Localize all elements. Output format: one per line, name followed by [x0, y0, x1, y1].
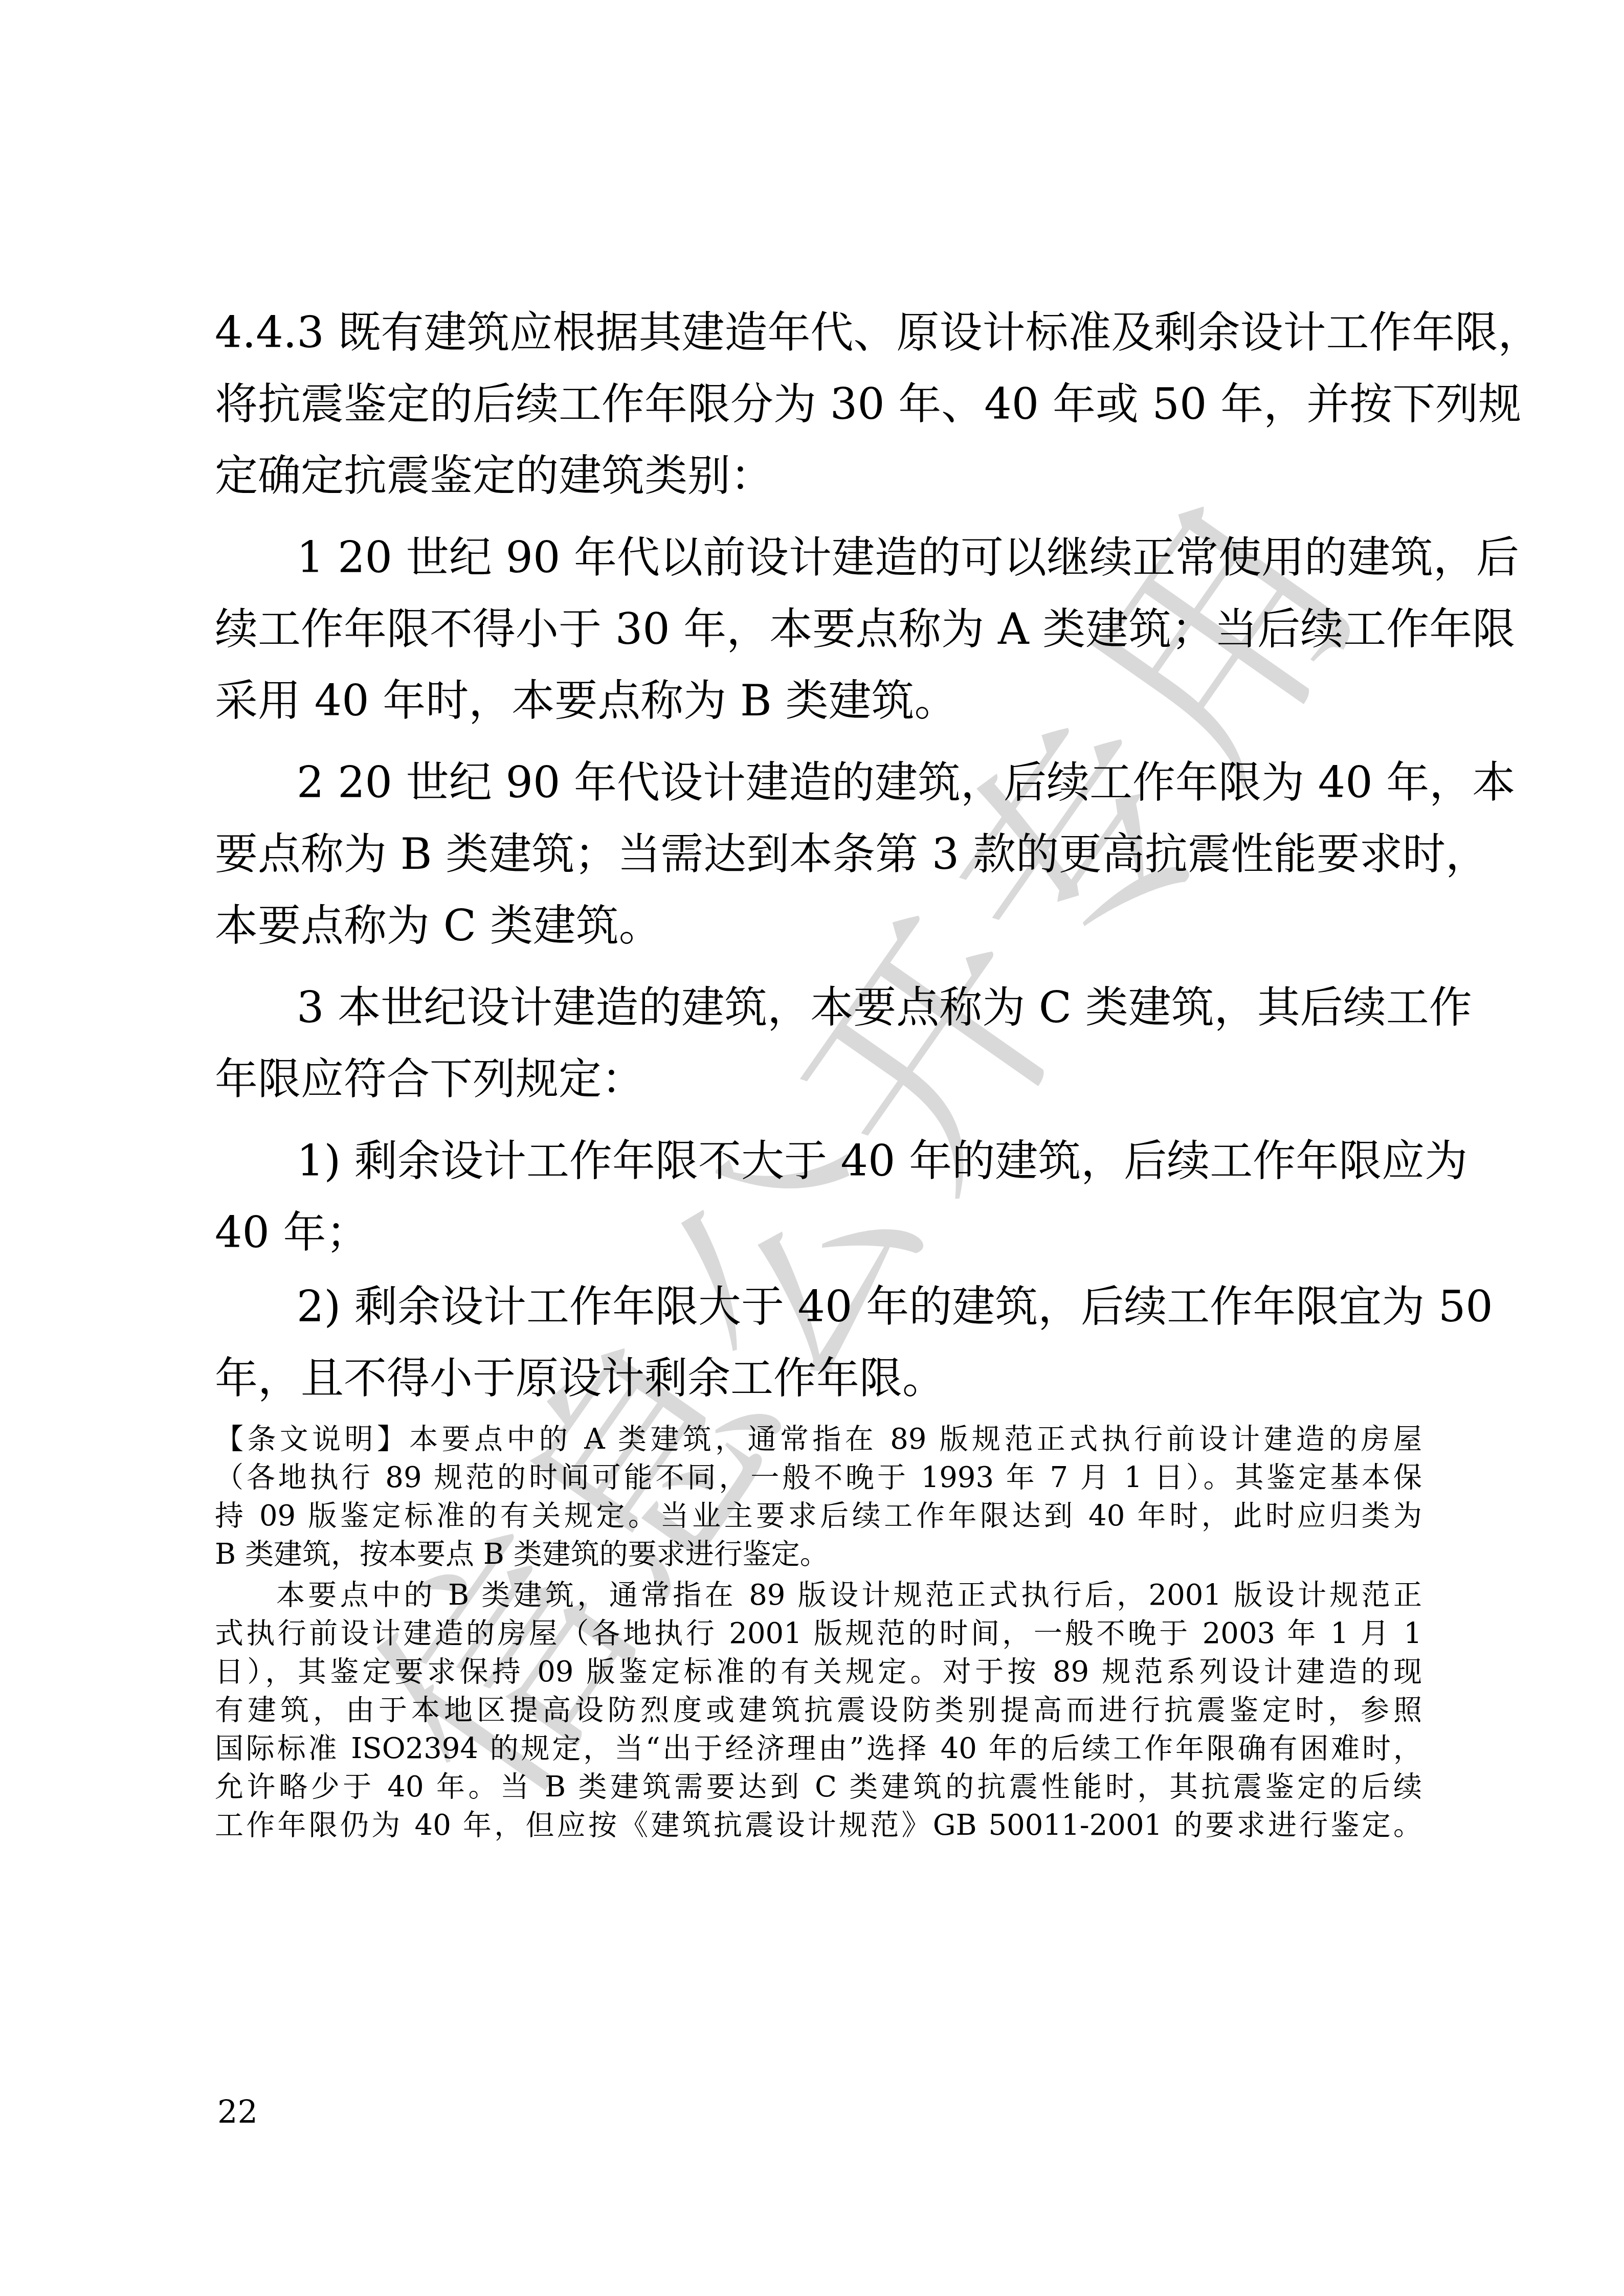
- item-line: 1 20 世纪 90 年代以前设计建造的可以继续正常使用的建筑，后: [215, 529, 1422, 586]
- item-line: 本要点称为 C 类建筑。: [215, 897, 1422, 954]
- explanation-line: 国际标准 ISO2394 的规定，当“出于经济理由”选择 40 年的后续工作年限…: [215, 1728, 1422, 1769]
- explanation-line: （各地执行 89 规范的时间可能不同，一般不晚于 1993 年 7 月 1 日）…: [215, 1457, 1422, 1498]
- clause-line: 定确定抗震鉴定的建筑类别：: [215, 447, 1422, 504]
- explanation-line: 本要点中的 B 类建筑，通常指在 89 版设计规范正式执行后，2001 版设计规…: [215, 1575, 1422, 1616]
- item-line: 续工作年限不得小于 30 年，本要点称为 A 类建筑；当后续工作年限: [215, 601, 1422, 657]
- item-line: 要点称为 B 类建筑；当需达到本条第 3 款的更高抗震性能要求时，: [215, 826, 1422, 882]
- subitem-line: 2) 剩余设计工作年限大于 40 年的建筑，后续工作年限宜为 50: [215, 1278, 1422, 1335]
- item-line: 2 20 世纪 90 年代设计建造的建筑，后续工作年限为 40 年，本: [215, 754, 1422, 811]
- subitem-line: 年，且不得小于原设计剩余工作年限。: [215, 1350, 1422, 1406]
- page-number: 22: [217, 2091, 258, 2132]
- clause-line: 4.4.3 既有建筑应根据其建造年代、原设计标准及剩余设计工作年限，: [215, 304, 1422, 361]
- explanation-line: 【条文说明】本要点中的 A 类建筑，通常指在 89 版规范正式执行前设计建造的房…: [215, 1419, 1422, 1460]
- explanation-line: 工作年限仍为 40 年，但应按《建筑抗震设计规范》GB 50011-2001 的…: [215, 1805, 1422, 1846]
- explanation-line: B 类建筑，按本要点 B 类建筑的要求进行鉴定。: [215, 1534, 1422, 1575]
- document-page: 信息公开专用 4.4.3 既有建筑应根据其建造年代、原设计标准及剩余设计工作年限…: [0, 0, 1624, 2296]
- item-line: 年限应符合下列规定：: [215, 1051, 1422, 1107]
- subitem-line: 40 年；: [215, 1204, 1422, 1260]
- explanation-line: 日），其鉴定要求保持 09 版鉴定标准的有关规定。对于按 89 规范系列设计建造…: [215, 1652, 1422, 1693]
- subitem-line: 1) 剩余设计工作年限不大于 40 年的建筑，后续工作年限应为: [215, 1133, 1422, 1189]
- explanation-line: 式执行前设计建造的房屋（各地执行 2001 版规范的时间，一般不晚于 2003 …: [215, 1613, 1422, 1654]
- explanation-line: 持 09 版鉴定标准的有关规定。当业主要求后续工作年限达到 40 年时，此时应归…: [215, 1496, 1422, 1537]
- explanation-line: 有建筑，由于本地区提高设防烈度或建筑抗震设防类别提高而进行抗震鉴定时，参照: [215, 1690, 1422, 1731]
- explanation-line: 允许略少于 40 年。当 B 类建筑需要达到 C 类建筑的抗震性能时，其抗震鉴定…: [215, 1767, 1422, 1808]
- clause-line: 将抗震鉴定的后续工作年限分为 30 年、40 年或 50 年，并按下列规: [215, 376, 1422, 432]
- item-line: 采用 40 年时，本要点称为 B 类建筑。: [215, 672, 1422, 729]
- item-line: 3 本世纪设计建造的建筑，本要点称为 C 类建筑，其后续工作: [215, 979, 1422, 1036]
